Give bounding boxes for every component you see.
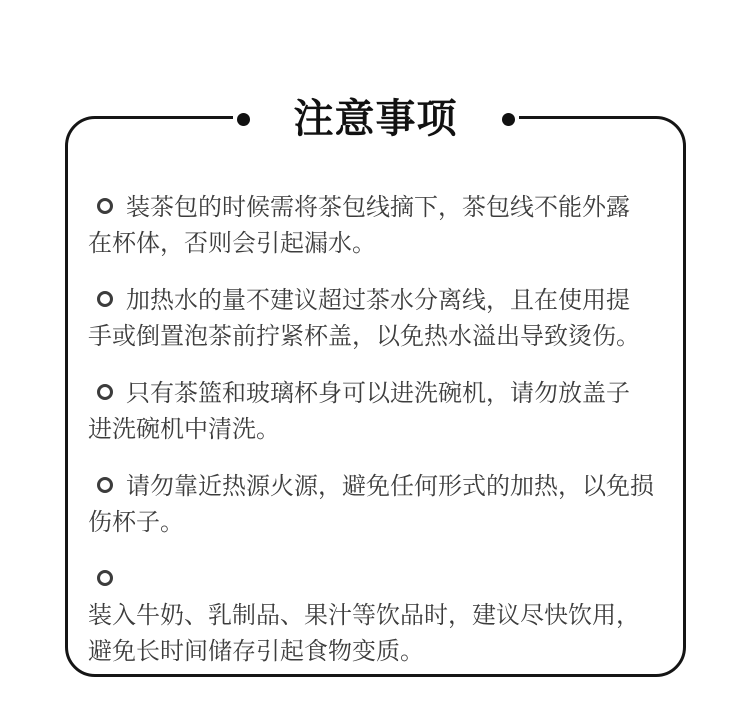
circle-bullet-icon [97, 570, 113, 586]
note-text: 装入牛奶、乳制品、果汁等饮品时，建议尽快饮用， 避免长时间储存引起食物变质。 [88, 602, 640, 665]
note-text: 加热水的量不建议超过茶水分离线，且在使用提 手或倒置泡茶前拧紧杯盖，以免热水溢出… [88, 287, 640, 350]
circle-bullet-icon [97, 291, 113, 307]
note-item-5: 装入牛奶、乳制品、果汁等饮品时，建议尽快饮用， 避免长时间储存引起食物变质。 [88, 562, 665, 670]
circle-bullet-icon [97, 384, 113, 400]
note-item-4: 请勿靠近热源火源，避免任何形式的加热，以免损 伤杯子。 [88, 469, 665, 541]
note-item-3: 只有茶篮和玻璃杯身可以进洗碗机，请勿放盖子 进洗碗机中清洗。 [88, 376, 665, 448]
note-item-1: 装茶包的时候需将茶包线摘下，茶包线不能外露 在杯体，否则会引起漏水。 [88, 190, 665, 262]
right-dot-icon [502, 113, 515, 126]
note-text: 装茶包的时候需将茶包线摘下，茶包线不能外露 在杯体，否则会引起漏水。 [88, 194, 630, 257]
circle-bullet-icon [97, 198, 113, 214]
notice-page: 注意事项 装茶包的时候需将茶包线摘下，茶包线不能外露 在杯体，否则会引起漏水。 … [0, 0, 750, 720]
note-text: 请勿靠近热源火源，避免任何形式的加热，以免损 伤杯子。 [88, 473, 654, 536]
note-item-2: 加热水的量不建议超过茶水分离线，且在使用提 手或倒置泡茶前拧紧杯盖，以免热水溢出… [88, 283, 665, 355]
panel-header: 注意事项 [233, 97, 519, 141]
circle-bullet-icon [97, 477, 113, 493]
left-dot-icon [237, 113, 250, 126]
note-text: 只有茶篮和玻璃杯身可以进洗碗机，请勿放盖子 进洗碗机中清洗。 [88, 380, 630, 443]
notice-panel: 注意事项 装茶包的时候需将茶包线摘下，茶包线不能外露 在杯体，否则会引起漏水。 … [65, 116, 686, 677]
page-title: 注意事项 [294, 97, 458, 141]
